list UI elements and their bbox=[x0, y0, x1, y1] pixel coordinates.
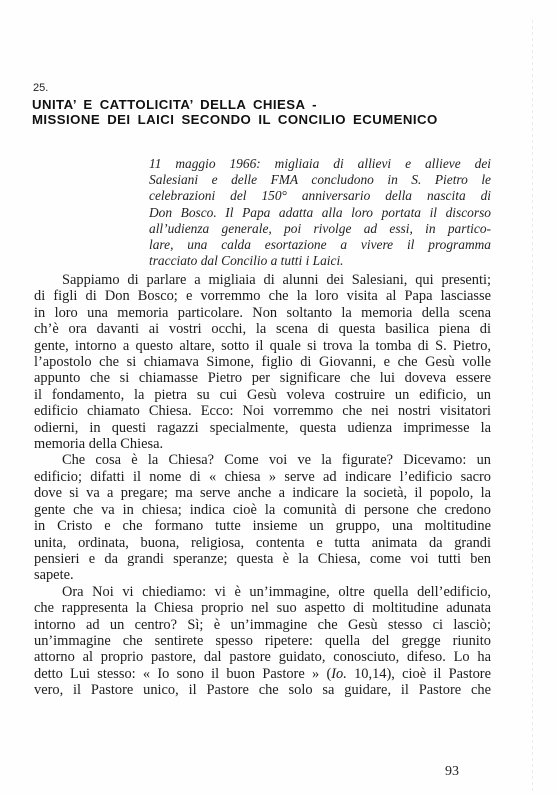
body-line: unita, ordinata, buona, religiosa, conte… bbox=[34, 535, 491, 551]
title-line: UNITA’ E CATTOLICITA’ DELLA CHIESA - bbox=[32, 97, 438, 112]
body-line: di figli di Don Bosco; e vorremmo che la… bbox=[34, 288, 491, 304]
body-line: pensieri e da grandi speranze; questa è … bbox=[34, 551, 491, 567]
body-line: ch’è ora davanti ai vostri occhi, la sce… bbox=[34, 321, 491, 337]
body-line: gente, intorno a questo altare, sotto il… bbox=[34, 338, 491, 354]
abstract-line: all’udienza generale, poi rivolge ad ess… bbox=[149, 221, 491, 237]
body-text: Sappiamo di parlare a migliaia di alunni… bbox=[34, 272, 491, 699]
body-line: edificio; difatti il nome di « chiesa » … bbox=[34, 469, 491, 485]
body-line: Ora Noi vi chiediamo: vi è un’immagine, … bbox=[34, 584, 491, 600]
page-number: 93 bbox=[445, 764, 459, 780]
body-line: dove si va a pregare; ma serve anche a i… bbox=[34, 485, 491, 501]
citation-reference: Io. bbox=[331, 666, 347, 682]
body-line: in loro una memoria particolare. Non sol… bbox=[34, 305, 491, 321]
scan-margin-artifact bbox=[532, 20, 533, 794]
body-line: attorno al proprio pastore, dal pastore … bbox=[34, 649, 491, 665]
abstract-line: Salesiani e delle FMA concludono in S. P… bbox=[149, 172, 491, 188]
body-line: edificio chiamato Chiesa. Ecco: Noi vorr… bbox=[34, 403, 491, 419]
abstract-line: Don Bosco. Il Papa adatta alla loro port… bbox=[149, 205, 491, 221]
body-line: appunto che si chiamasse Pietro per sign… bbox=[34, 370, 491, 386]
body-line-citation: detto Lui stesso: « Io sono il buon Past… bbox=[34, 666, 491, 682]
citation-before: detto Lui stesso: « Io sono il buon Past… bbox=[34, 666, 331, 682]
body-line: un’immagine che sentirete spesso ripeter… bbox=[34, 633, 491, 649]
body-line: Che cosa è la Chiesa? Come voi ve la fig… bbox=[34, 452, 491, 468]
body-line: sapete. bbox=[34, 567, 491, 583]
chapter-title: UNITA’ E CATTOLICITA’ DELLA CHIESA - MIS… bbox=[32, 97, 438, 127]
citation-after: 10,14), cioè il Pastore bbox=[347, 666, 491, 682]
body-line: l’apostolo che si chiamava Simone, figli… bbox=[34, 354, 491, 370]
body-line: che rappresenta la Chiesa proprio nel su… bbox=[34, 600, 491, 616]
abstract-line: celebrazioni del 150° anniversario della… bbox=[149, 188, 491, 204]
body-line: Sappiamo di parlare a migliaia di alunni… bbox=[34, 272, 491, 288]
body-line: intorno ad un centro? Sì; è un’immagine … bbox=[34, 617, 491, 633]
abstract-line: lare, una calda esortazione a vivere il … bbox=[149, 237, 491, 253]
document-page: 25. UNITA’ E CATTOLICITA’ DELLA CHIESA -… bbox=[0, 0, 559, 794]
title-line: MISSIONE DEI LAICI SECONDO IL CONCILIO E… bbox=[32, 112, 438, 127]
chapter-number: 25. bbox=[33, 82, 48, 94]
body-line: memoria della Chiesa. bbox=[34, 436, 491, 452]
body-line: odierni, in questi ragazzi specialmente,… bbox=[34, 420, 491, 436]
abstract-line: tracciato dal Concilio a tutti i Laici. bbox=[149, 253, 491, 269]
body-line: il fondamento, la pietra su cui Gesù vol… bbox=[34, 387, 491, 403]
abstract-line: 11 maggio 1966: migliaia di allievi e al… bbox=[149, 156, 491, 172]
abstract: 11 maggio 1966: migliaia di allievi e al… bbox=[149, 156, 491, 269]
body-line: vero, il Pastore unico, il Pastore che s… bbox=[34, 682, 491, 698]
body-line: in Cristo e che formano tutte insieme un… bbox=[34, 518, 491, 534]
body-line: gente che va in chiesa; indica cioè la c… bbox=[34, 502, 491, 518]
